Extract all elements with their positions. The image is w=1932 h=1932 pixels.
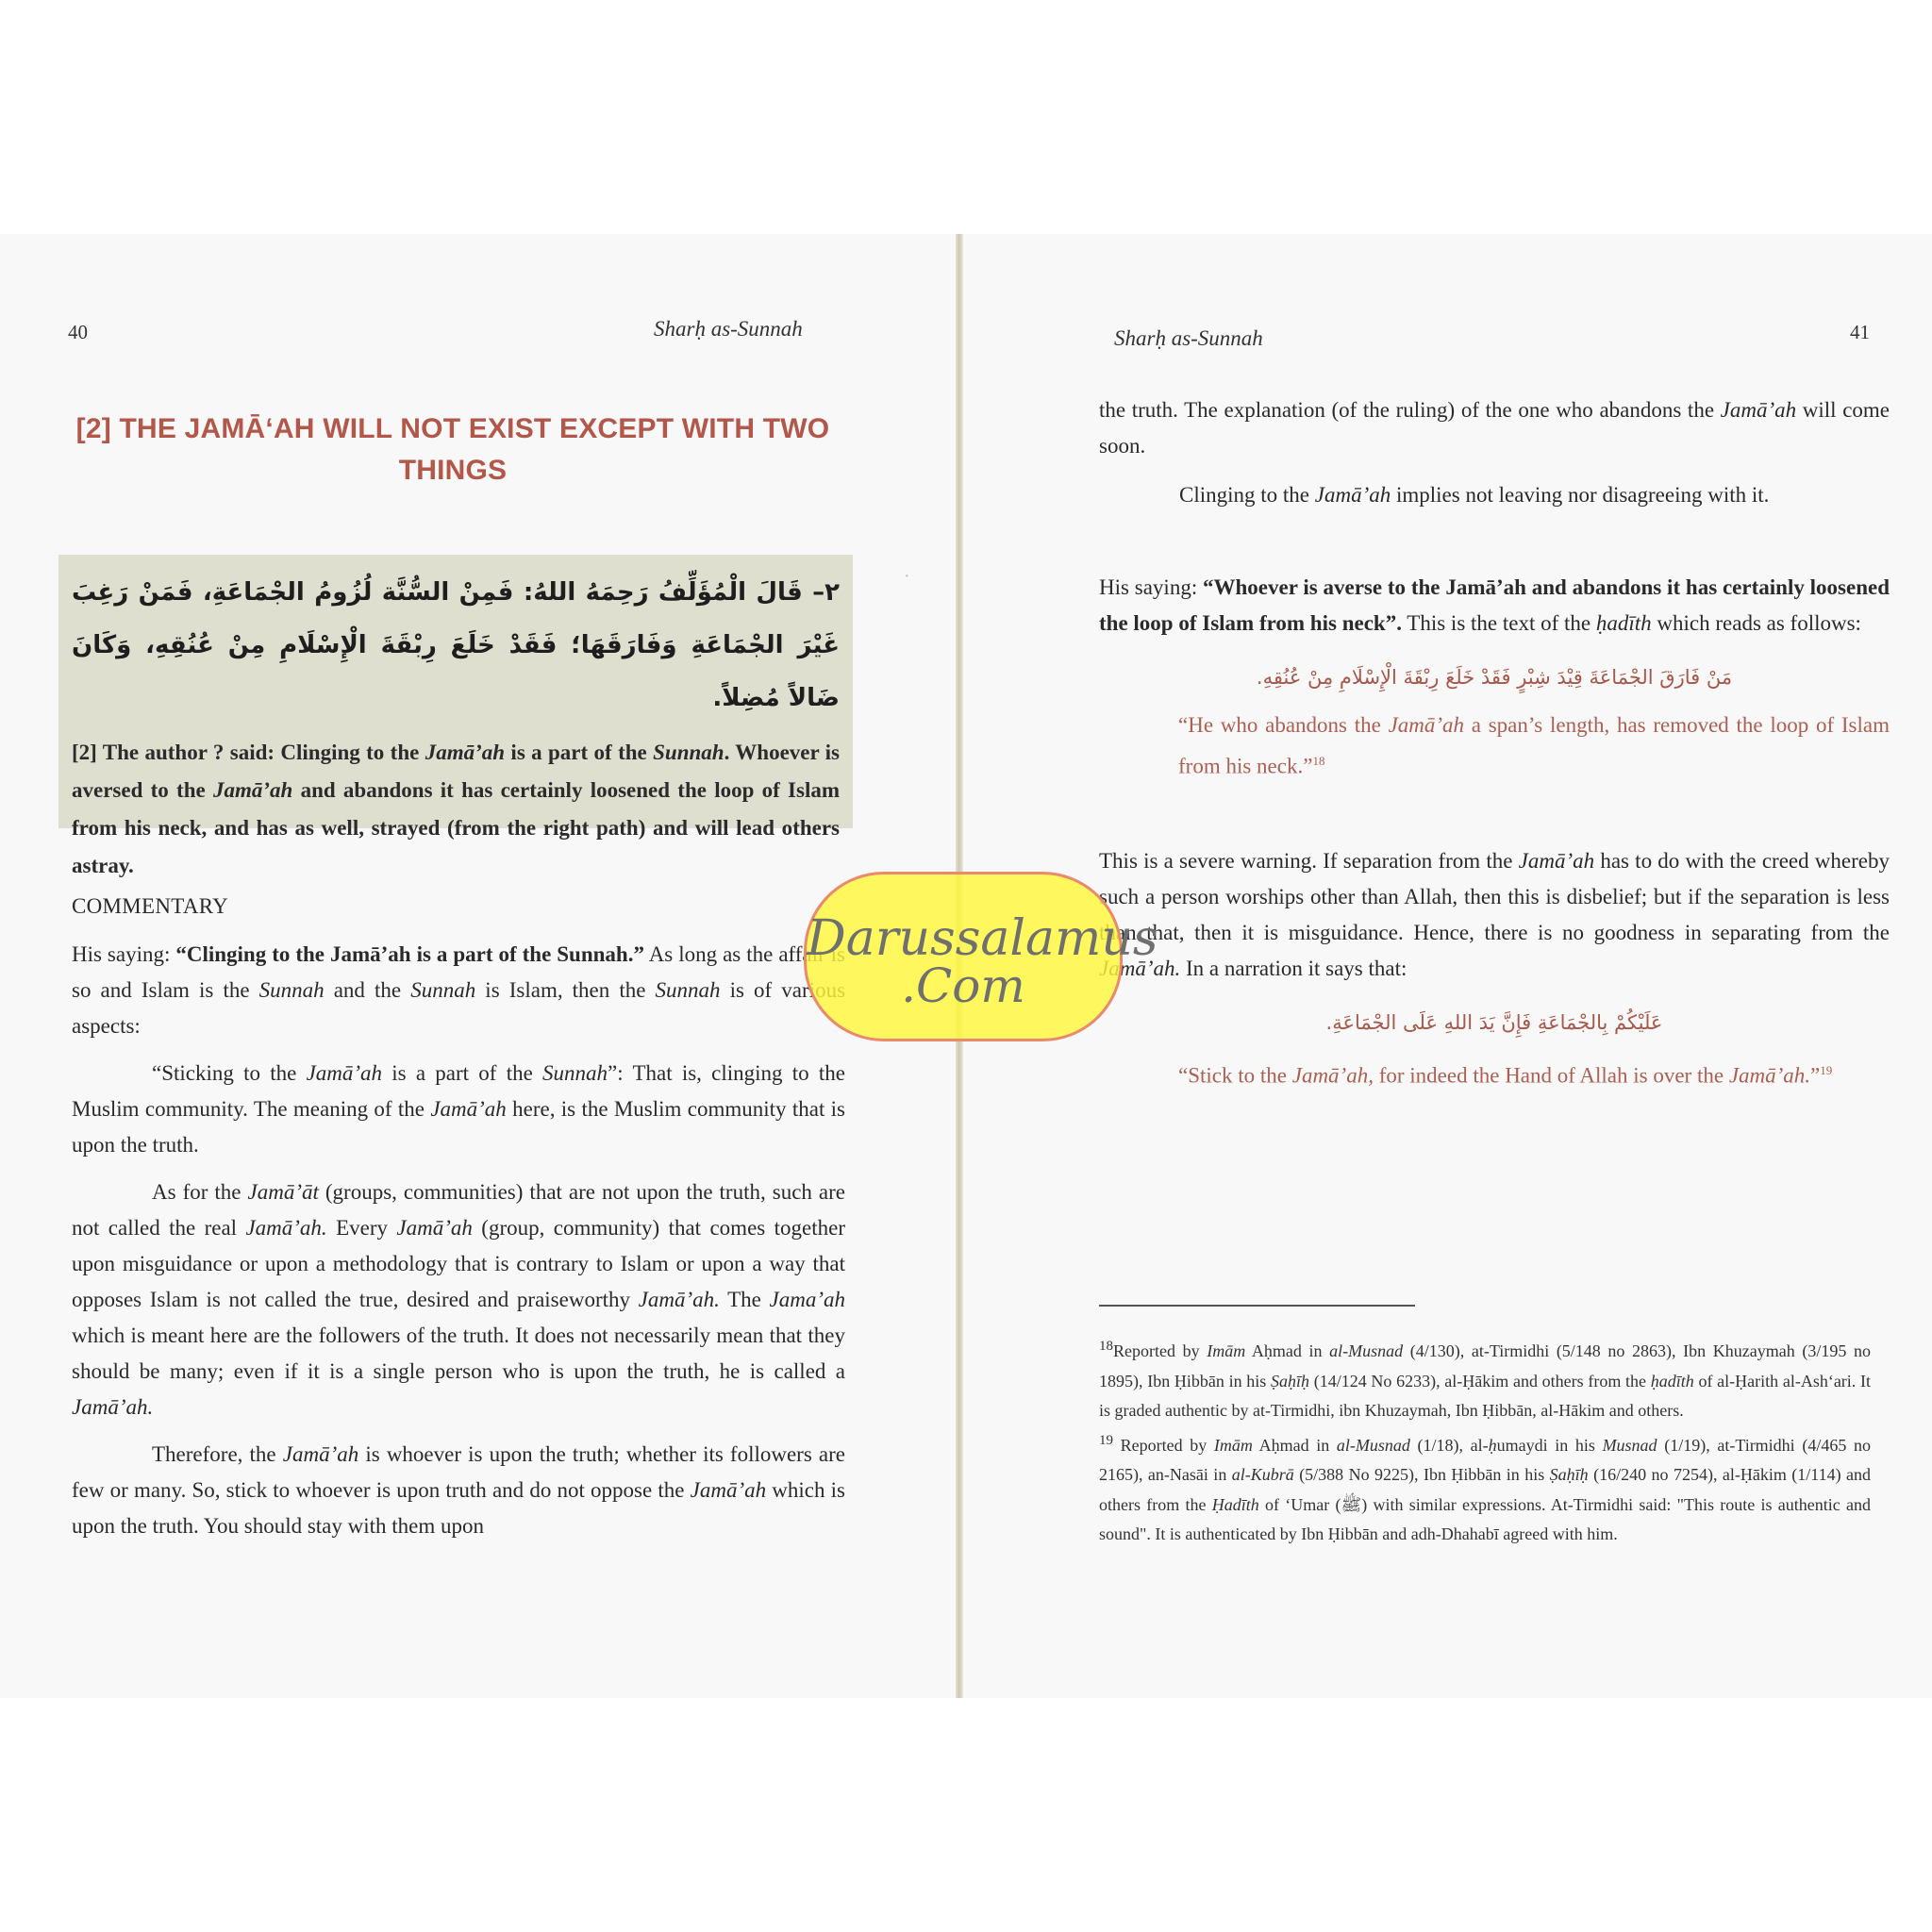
right-body: the truth. The explanation (of the rulin… [1099, 392, 1890, 1093]
page-number: 40 [68, 321, 88, 344]
text-box: ٢– قَالَ الْمُؤَلِّفُ رَحِمَهُ اللهُ: فَ… [58, 555, 853, 828]
paragraph: Clinging to the Jamā’ah implies not leav… [1099, 477, 1890, 513]
paragraph: His saying: “Whoever is averse to the Ja… [1099, 570, 1890, 641]
paragraph: Therefore, the Jamā’ah is whoever is upo… [72, 1437, 845, 1544]
commentary-heading: COMMENTARY [72, 894, 228, 919]
running-head: Sharḥ as-Sunnah [654, 317, 803, 341]
footnotes: 18Reported by Imām Aḥmad in al-Musnad (4… [1099, 1332, 1871, 1550]
paragraph: This is a severe warning. If separation … [1099, 843, 1890, 987]
hadith-translation: “He who abandons the Jamā’ah a span’s le… [1178, 708, 1890, 785]
paragraph: His saying: “Clinging to the Jamā’ah is … [72, 937, 845, 1044]
hadith-arabic: مَنْ فَارَقَ الجْمَاعَةَ قِيْدَ شِبْرٍ ف… [1099, 658, 1890, 696]
page-mark: · [904, 566, 910, 588]
footnote-divider [1099, 1305, 1415, 1307]
commentary-body: His saying: “Clinging to the Jamā’ah is … [72, 937, 845, 1556]
paragraph: the truth. The explanation (of the rulin… [1099, 392, 1890, 464]
paragraph: As for the Jamā’āt (groups, communities)… [72, 1174, 845, 1425]
arabic-text: ٢– قَالَ الْمُؤَلِّفُ رَحِمَهُ اللهُ: فَ… [72, 566, 840, 724]
footnote-ref[interactable]: 19 [1820, 1063, 1832, 1077]
hadith-arabic: عَلَيْكُمْ بِالجْمَاعَةِ فَإِنَّ يَدَ ال… [1099, 1004, 1890, 1041]
hadith-translation: “Stick to the Jamā’ah, for indeed the Ha… [1178, 1053, 1890, 1094]
footnote-18: 18Reported by Imām Aḥmad in al-Musnad (4… [1099, 1332, 1871, 1426]
footnote-19: 19 Reported by Imām Aḥmad in al-Musnad (… [1099, 1426, 1871, 1550]
paragraph: “Sticking to the Jamā’ah is a part of th… [72, 1056, 845, 1163]
running-head: Sharḥ as-Sunnah [1114, 326, 1263, 351]
watermark-line1: Darussalamus [807, 914, 1120, 963]
translation-text: [2] The author ? said: Clinging to the J… [72, 734, 840, 885]
page-number: 41 [1850, 321, 1870, 344]
footnote-ref[interactable]: 18 [1312, 754, 1324, 768]
watermark-line2: .Com [807, 963, 1120, 1008]
watermark-badge: Darussalamus .Com [804, 872, 1123, 1041]
chapter-title: [2] THE JAMĀ‘AH WILL NOT EXIST EXCEPT WI… [75, 408, 830, 491]
